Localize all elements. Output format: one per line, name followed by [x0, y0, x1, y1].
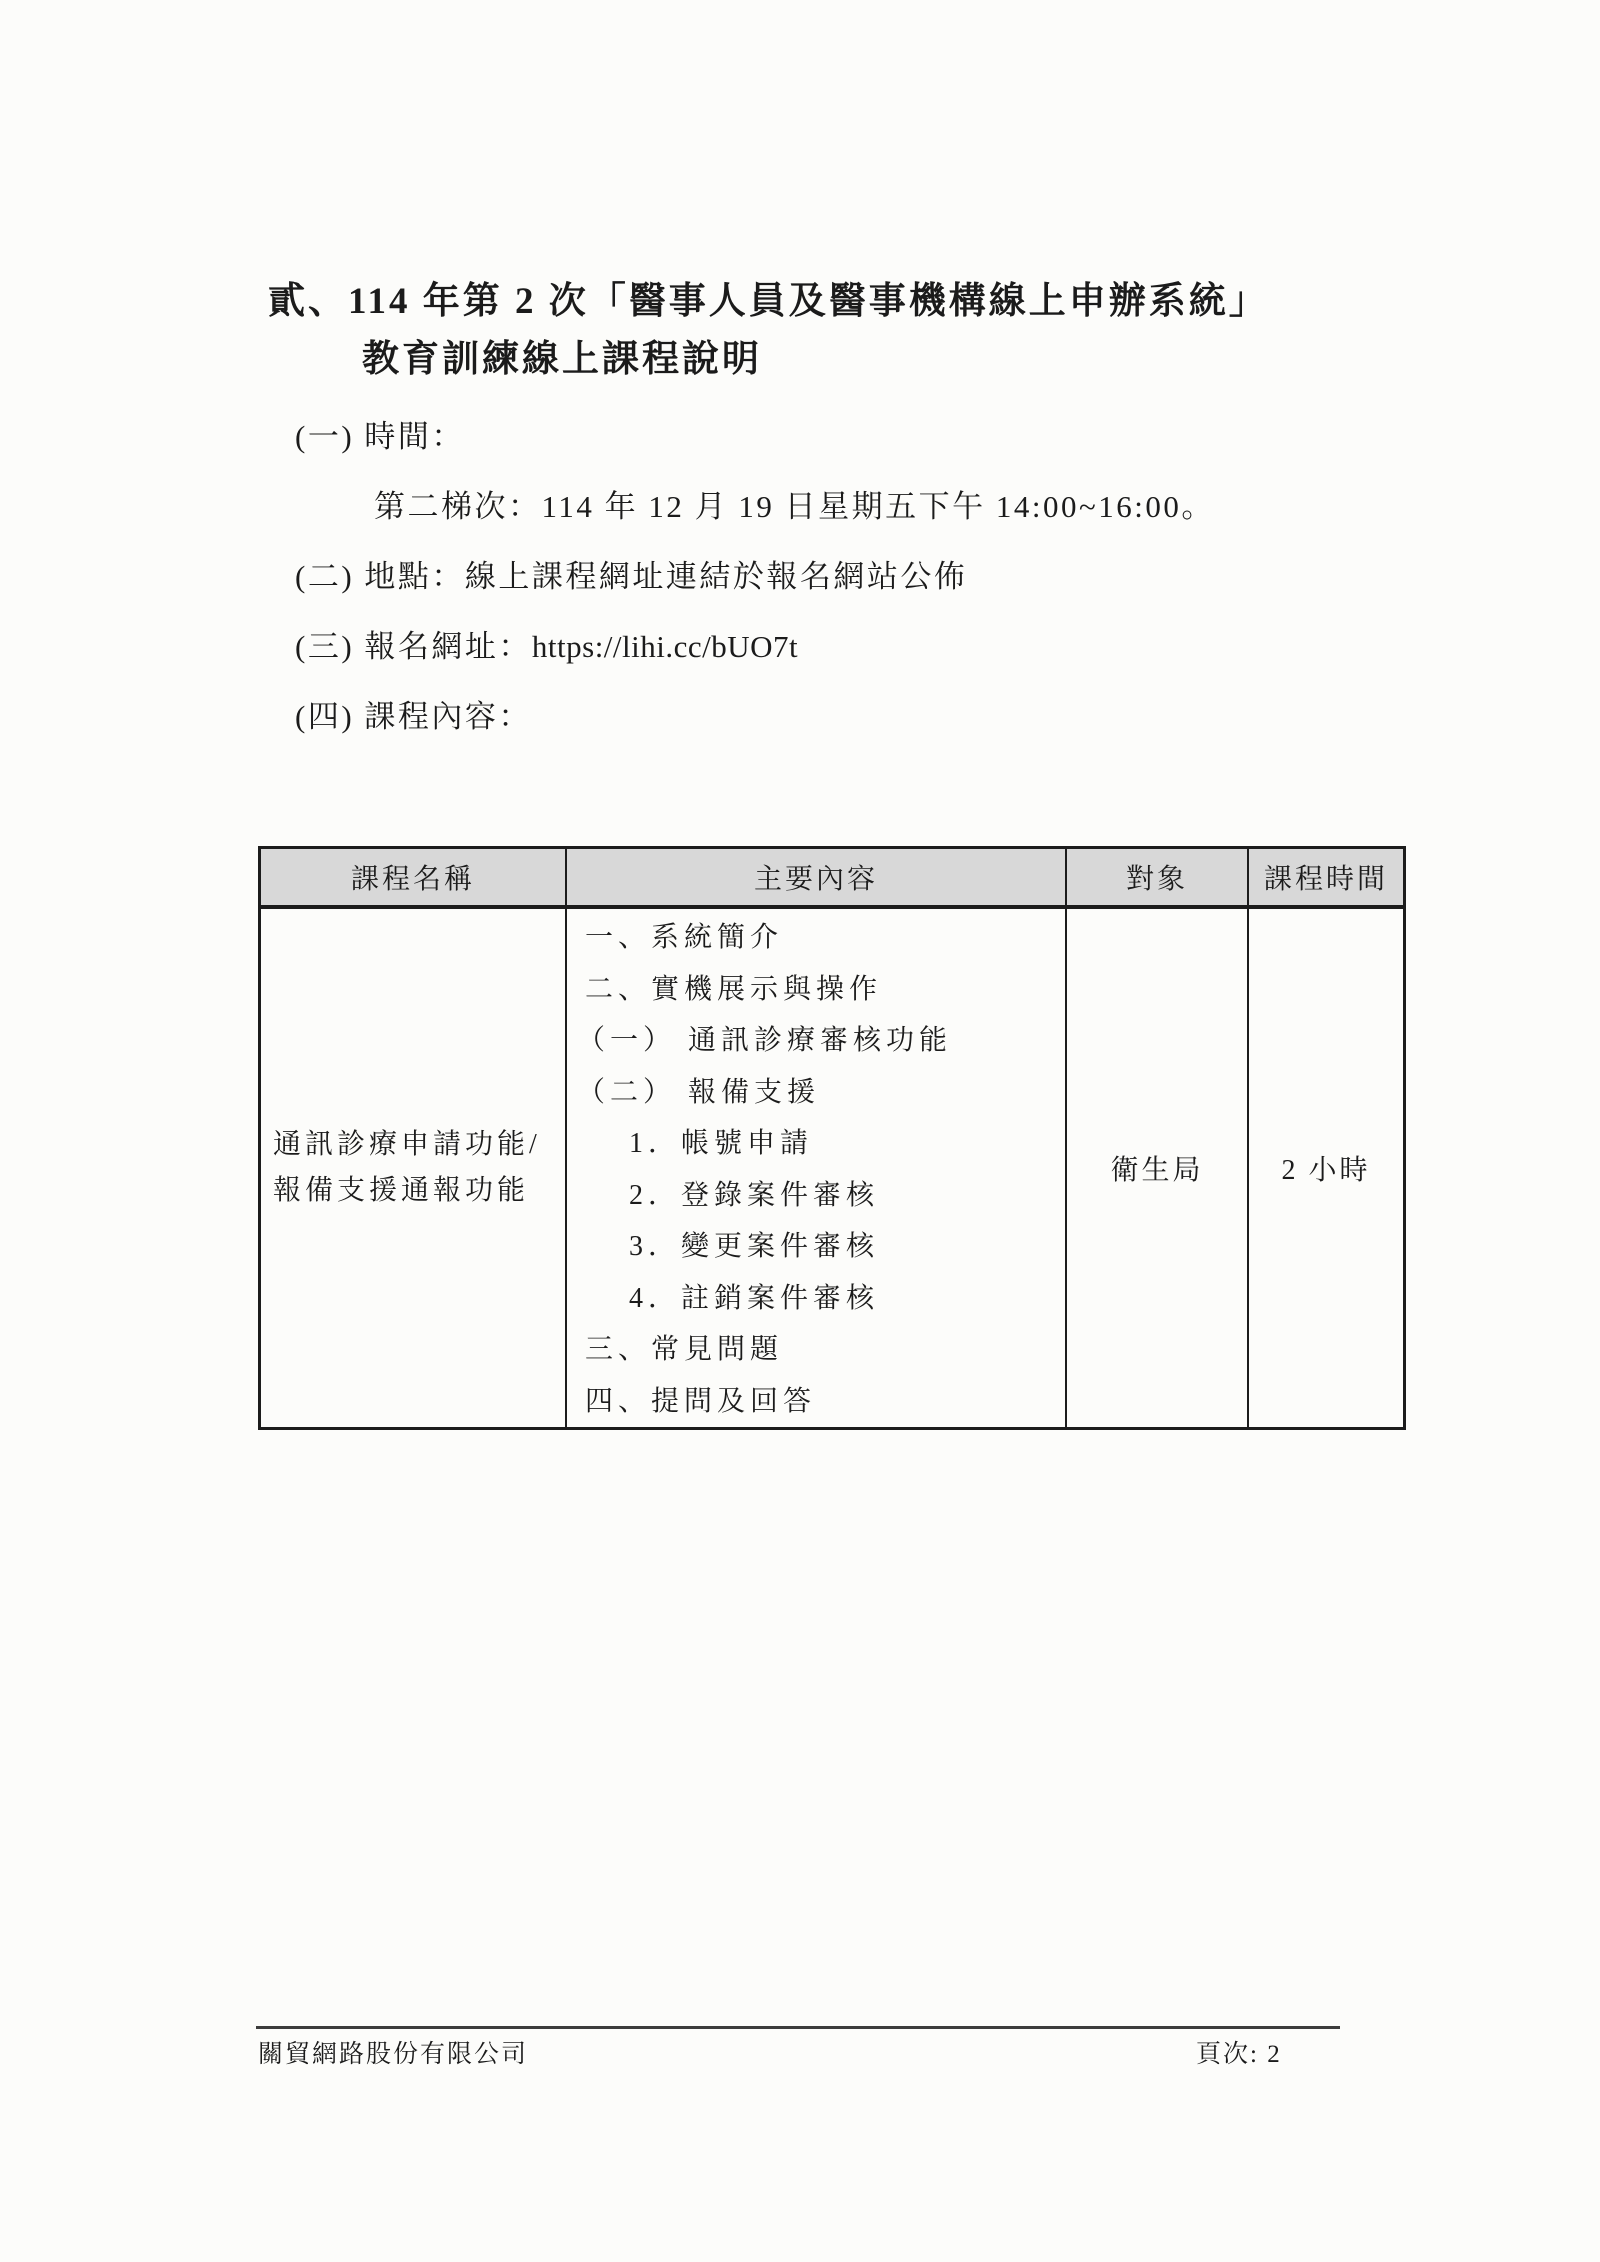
cell-course-name: 通訊診療申請功能/ 報備支援通報功能 [261, 909, 567, 1427]
column-header-course-name: 課程名稱 [261, 849, 567, 905]
footer-divider [256, 2026, 1340, 2029]
footer-company-name: 關貿網路股份有限公司 [258, 2038, 528, 2072]
course-table: 課程名稱 主要內容 對象 課程時間 通訊診療申請功能/ 報備支援通報功能 一、系… [258, 846, 1406, 1430]
content-line: 1．帳號申請 [567, 1118, 1065, 1170]
course-table-header-row: 課程名稱 主要內容 對象 課程時間 [261, 849, 1403, 909]
content-line: 4．註銷案件審核 [567, 1273, 1065, 1325]
content-line: 一、系統簡介 [567, 912, 1065, 964]
content-line: 3．變更案件審核 [567, 1221, 1065, 1273]
scanned-document-page: 貳、114 年第 2 次「醫事人員及醫事機構線上申辦系統」 教育訓練線上課程說明… [0, 0, 1600, 2262]
column-header-audience: 對象 [1067, 849, 1249, 905]
item-time-detail: 第二梯次：114 年 12 月 19 日星期五下午 14:00~16:00。 [374, 486, 1215, 528]
content-line: 四、提問及回答 [567, 1376, 1065, 1428]
registration-url-label: (三) 報名網址： [295, 629, 532, 664]
cell-audience: 衛生局 [1067, 909, 1249, 1427]
content-line: （二） 報備支援 [567, 1067, 1065, 1119]
course-table-body-row: 通訊診療申請功能/ 報備支援通報功能 一、系統簡介 二、實機展示與操作 （一） … [261, 909, 1403, 1427]
footer-page-number: 頁次: 2 [1196, 2038, 1282, 2072]
item-location: (二) 地點：線上課程網址連結於報名網站公佈 [295, 556, 967, 598]
document-title-line2: 教育訓練線上課程說明 [362, 337, 762, 383]
cell-main-content: 一、系統簡介 二、實機展示與操作 （一） 通訊診療審核功能 （二） 報備支援 1… [567, 909, 1067, 1427]
content-line: （一） 通訊診療審核功能 [567, 1015, 1065, 1067]
content-line: 二、實機展示與操作 [567, 964, 1065, 1016]
column-header-main-content: 主要內容 [567, 849, 1067, 905]
registration-url: https://lihi.cc/bUO7t [532, 629, 798, 664]
content-line: 三、常見問題 [567, 1324, 1065, 1376]
item-time-label: (一) 時間： [295, 416, 465, 458]
course-name-line2: 報備支援通報功能 [273, 1168, 565, 1214]
column-header-duration: 課程時間 [1249, 849, 1403, 905]
item-course-content-label: (四) 課程內容： [295, 696, 532, 738]
content-line: 2．登錄案件審核 [567, 1170, 1065, 1222]
document-title-line1: 貳、114 年第 2 次「醫事人員及醫事機構線上申辦系統」 [268, 279, 1269, 325]
course-name-line1: 通訊診療申請功能/ [273, 1122, 565, 1168]
item-registration-url-line: (三) 報名網址：https://lihi.cc/bUO7t [295, 626, 798, 668]
cell-duration: 2 小時 [1249, 909, 1403, 1427]
